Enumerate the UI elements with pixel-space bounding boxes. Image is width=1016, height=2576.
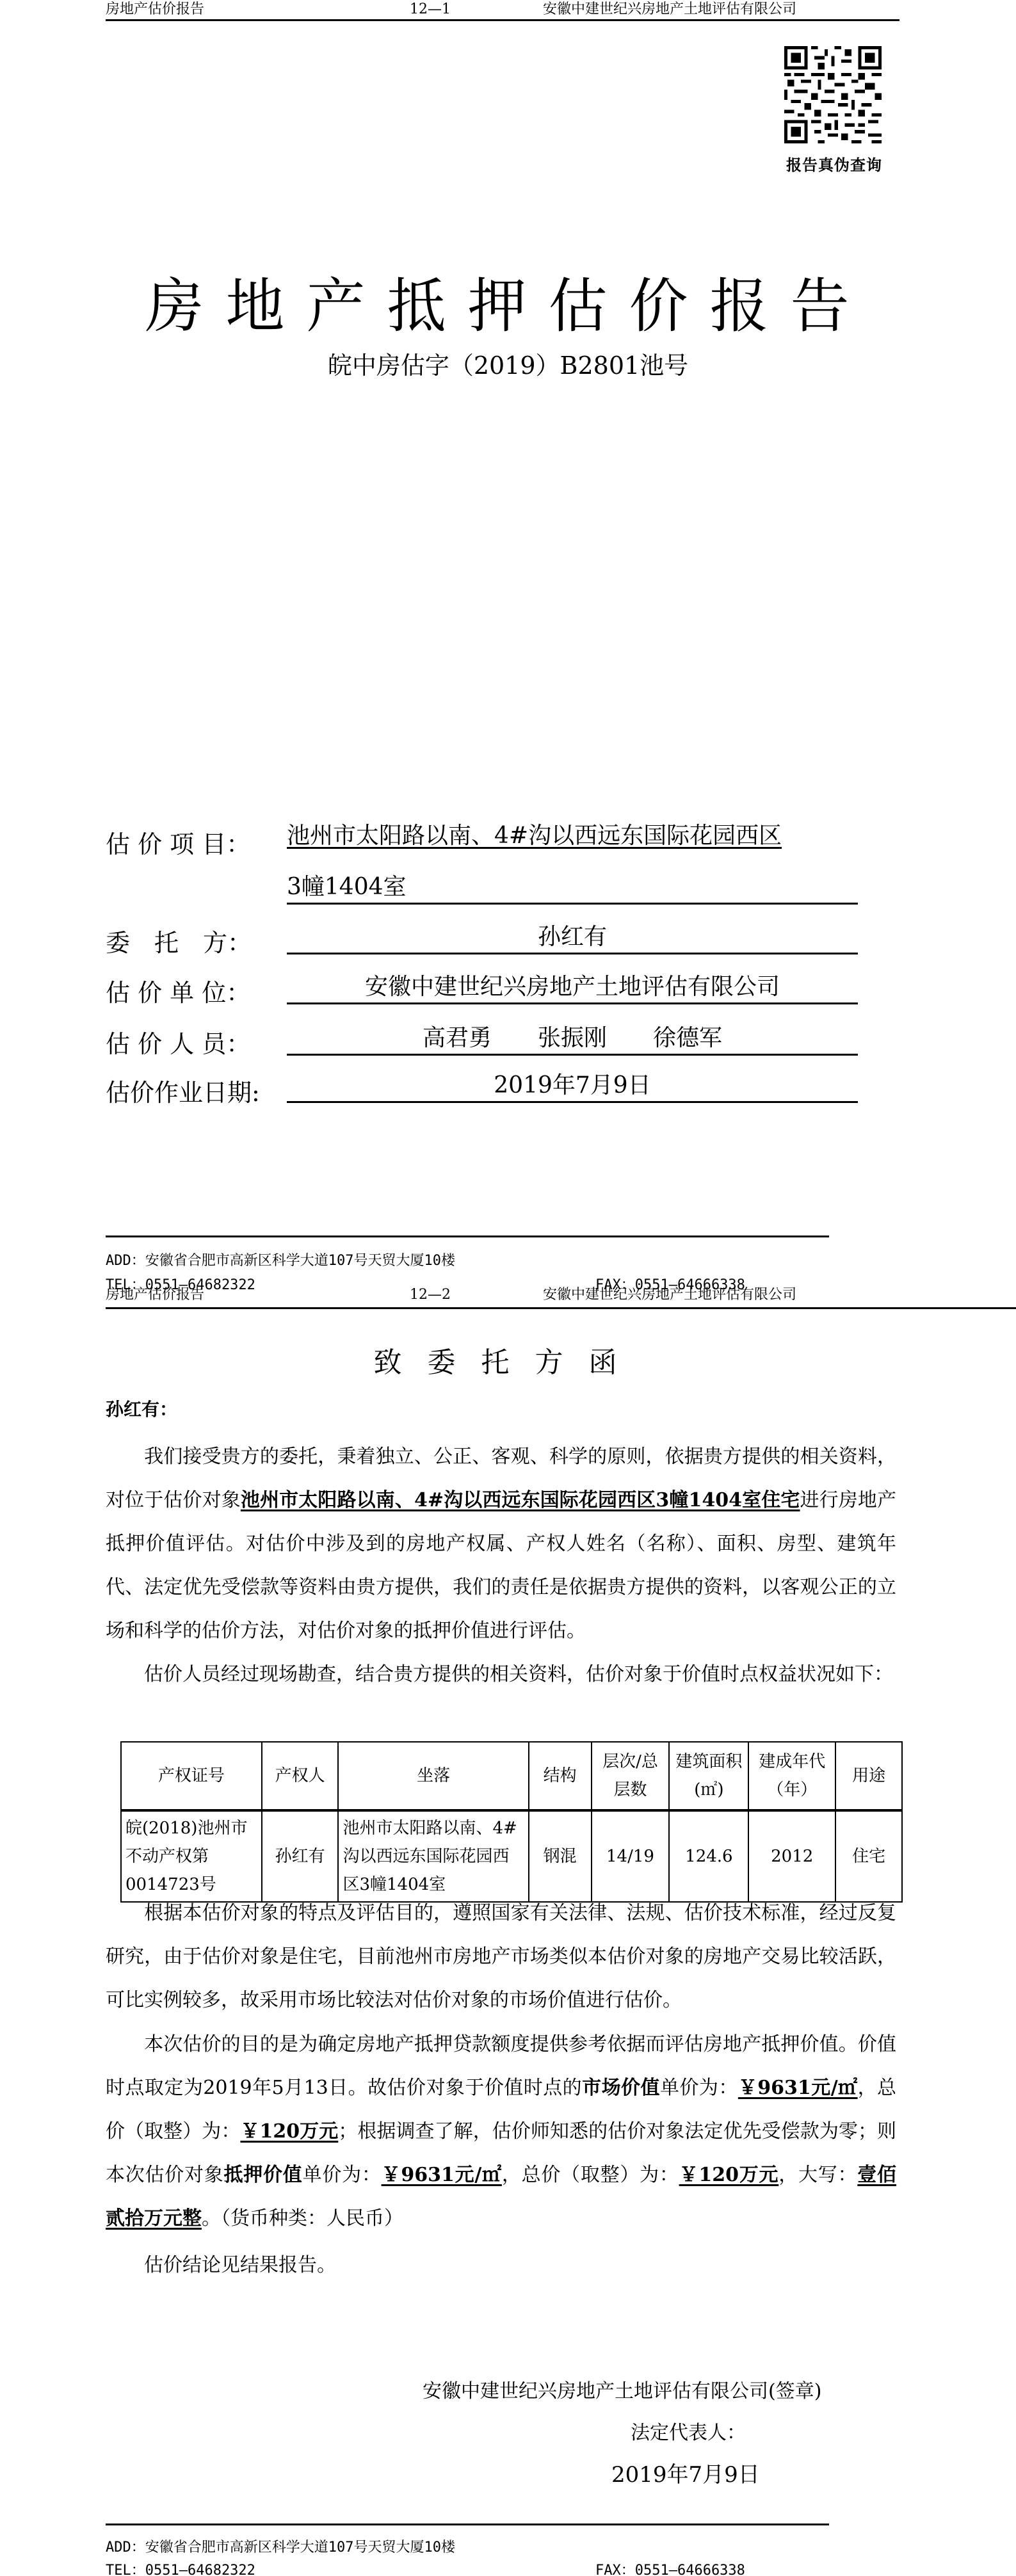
- cell-structure: 钢混: [529, 1810, 592, 1902]
- intro-text-c: 进行房地产抵押价值评估。对估价中涉及到的房地产权属、产权人姓名（名称）、面积、房…: [106, 1489, 896, 1642]
- table-header-row: 产权证号 产权人 坐落 结构 层次/总层数 建筑面积(㎡) 建成年代（年） 用途: [121, 1742, 902, 1810]
- survey-text: 估价人员经过现场勘查，结合贵方提供的相关资料，估价对象于价值时点权益状况如下：: [144, 1663, 893, 1686]
- signature-date: 2019年7月9日: [611, 2457, 760, 2488]
- value-appraisal-project-line2: 3幢1404室: [287, 872, 858, 905]
- header-report-type: 房地产估价报告: [106, 1287, 204, 1303]
- col-year-built: 建成年代（年）: [748, 1742, 835, 1810]
- label-client: 委 托 方：: [106, 923, 252, 958]
- col-usage: 用途: [835, 1742, 902, 1810]
- valuation-text-5: 单价为：: [303, 2164, 382, 2186]
- valuation-text-8: 。（货币种类：人民币）: [202, 2207, 403, 2230]
- cell-floor: 14/19: [592, 1810, 670, 1902]
- footer-address: ADD：安徽省合肥市高新区科学大道107号天贸大厦10楼: [106, 2536, 455, 2556]
- market-value-label: 市场价值: [582, 2077, 660, 2099]
- col-location: 坐落: [338, 1742, 528, 1810]
- value-work-date: 2019年7月9日: [287, 1070, 858, 1103]
- market-total-price: ￥120万元: [240, 2120, 338, 2143]
- col-structure: 结构: [529, 1742, 592, 1810]
- header-company: 安徽中建世纪兴房地产土地评估有限公司: [543, 1287, 796, 1303]
- letter-title: 致委托方函: [0, 1339, 1016, 1380]
- valuation-text-6: ，总价（取整）为：: [502, 2164, 679, 2186]
- signature-legal-rep: 法定代表人：: [631, 2417, 746, 2445]
- header-page-number: 12—2: [410, 1287, 451, 1303]
- mortgage-value-label: 抵押价值: [224, 2164, 303, 2186]
- footer-rule: [106, 1236, 829, 1237]
- value-appraisal-project-line1: 池州市太阳路以南、4#沟以西远东国际花园西区: [287, 821, 858, 851]
- footer-fax: FAX：0551—64666338: [595, 2559, 745, 2576]
- signature-company: 安徽中建世纪兴房地产土地评估有限公司(签章): [423, 2375, 821, 2403]
- property-rights-table: 产权证号 产权人 坐落 结构 层次/总层数 建筑面积(㎡) 建成年代（年） 用途…: [120, 1741, 903, 1903]
- report-title: 房地产抵押估价报告: [0, 259, 1016, 344]
- table-row: 皖(2018)池州市不动产权第0014723号 孙红有 池州市太阳路以南、4#沟…: [121, 1810, 902, 1902]
- cell-owner: 孙红有: [262, 1810, 339, 1902]
- footer-address: ADD：安徽省合肥市高新区科学大道107号天贸大厦10楼: [106, 1250, 455, 1269]
- col-cert-no: 产权证号: [121, 1742, 262, 1810]
- value-appraisers: 高君勇 张振刚 徐德军: [287, 1023, 858, 1056]
- paragraph-intro: 我们接受贵方的委托，秉着独立、公正、客观、科学的原则，依据贵方提供的相关资料，对…: [106, 1435, 896, 1653]
- cell-cert-no: 皖(2018)池州市不动产权第0014723号: [121, 1810, 262, 1902]
- conclusion-text: 估价结论见结果报告。: [144, 2254, 336, 2276]
- header-rule: [106, 1307, 1016, 1309]
- header-rule: [106, 19, 899, 21]
- cell-location: 池州市太阳路以南、4#沟以西远东国际花园西区3幢1404室: [338, 1810, 528, 1902]
- cell-usage: 住宅: [835, 1810, 902, 1902]
- value-appraisal-firm: 安徽中建世纪兴房地产土地评估有限公司: [287, 972, 858, 1004]
- valuation-text-7: ，大写：: [778, 2164, 857, 2186]
- appraisal-object-address: 池州市太阳路以南、4#沟以西远东国际花园西区3幢1404室住宅: [241, 1489, 800, 1511]
- report-number: 皖中房估字（2019）B2801池号: [0, 346, 1016, 381]
- salutation: 孙红有：: [106, 1396, 177, 1421]
- mortgage-unit-price: ￥9631元/㎡: [382, 2164, 502, 2186]
- label-appraisal-firm: 估 价 单 位：: [106, 973, 250, 1008]
- col-floor: 层次/总层数: [592, 1742, 670, 1810]
- header-page-number: 12—1: [410, 1, 451, 18]
- footer-rule: [106, 2524, 829, 2525]
- method-text: 根据本估价对象的特点及评估目的，遵照国家有关法律、法规、估价技术标准，经过反复研…: [106, 1902, 896, 2011]
- header-company: 安徽中建世纪兴房地产土地评估有限公司: [543, 1, 796, 18]
- value-client: 孙红有: [287, 922, 858, 954]
- mortgage-total-price: ￥120万元: [679, 2164, 779, 2186]
- cell-year-built: 2012: [748, 1810, 835, 1902]
- paragraph-survey: 估价人员经过现场勘查，结合贵方提供的相关资料，估价对象于价值时点权益状况如下：: [106, 1653, 896, 1696]
- paragraph-valuation: 本次估价的目的是为确定房地产抵押贷款额度提供参考依据而评估房地产抵押价值。价值时…: [106, 2023, 896, 2241]
- label-appraisal-project: 估 价 项 目：: [106, 825, 250, 860]
- label-appraisers: 估 价 人 员：: [106, 1024, 250, 1059]
- paragraph-conclusion: 估价结论见结果报告。: [106, 2244, 896, 2287]
- cell-area: 124.6: [669, 1810, 748, 1902]
- label-work-date: 估价作业日期:: [106, 1073, 260, 1108]
- paragraph-method: 根据本估价对象的特点及评估目的，遵照国家有关法律、法规、估价技术标准，经过反复研…: [106, 1892, 896, 2022]
- market-unit-price: ￥9631元/㎡: [738, 2077, 858, 2099]
- valuation-text-2: 单价为：: [660, 2077, 738, 2099]
- qr-code-icon[interactable]: [784, 46, 882, 143]
- col-area: 建筑面积(㎡): [669, 1742, 748, 1810]
- footer-tel: TEL：0551—64682322: [106, 2559, 255, 2576]
- header-report-type: 房地产估价报告: [106, 1, 204, 18]
- col-owner: 产权人: [262, 1742, 339, 1810]
- qr-caption: 报告真伪查询: [786, 152, 882, 175]
